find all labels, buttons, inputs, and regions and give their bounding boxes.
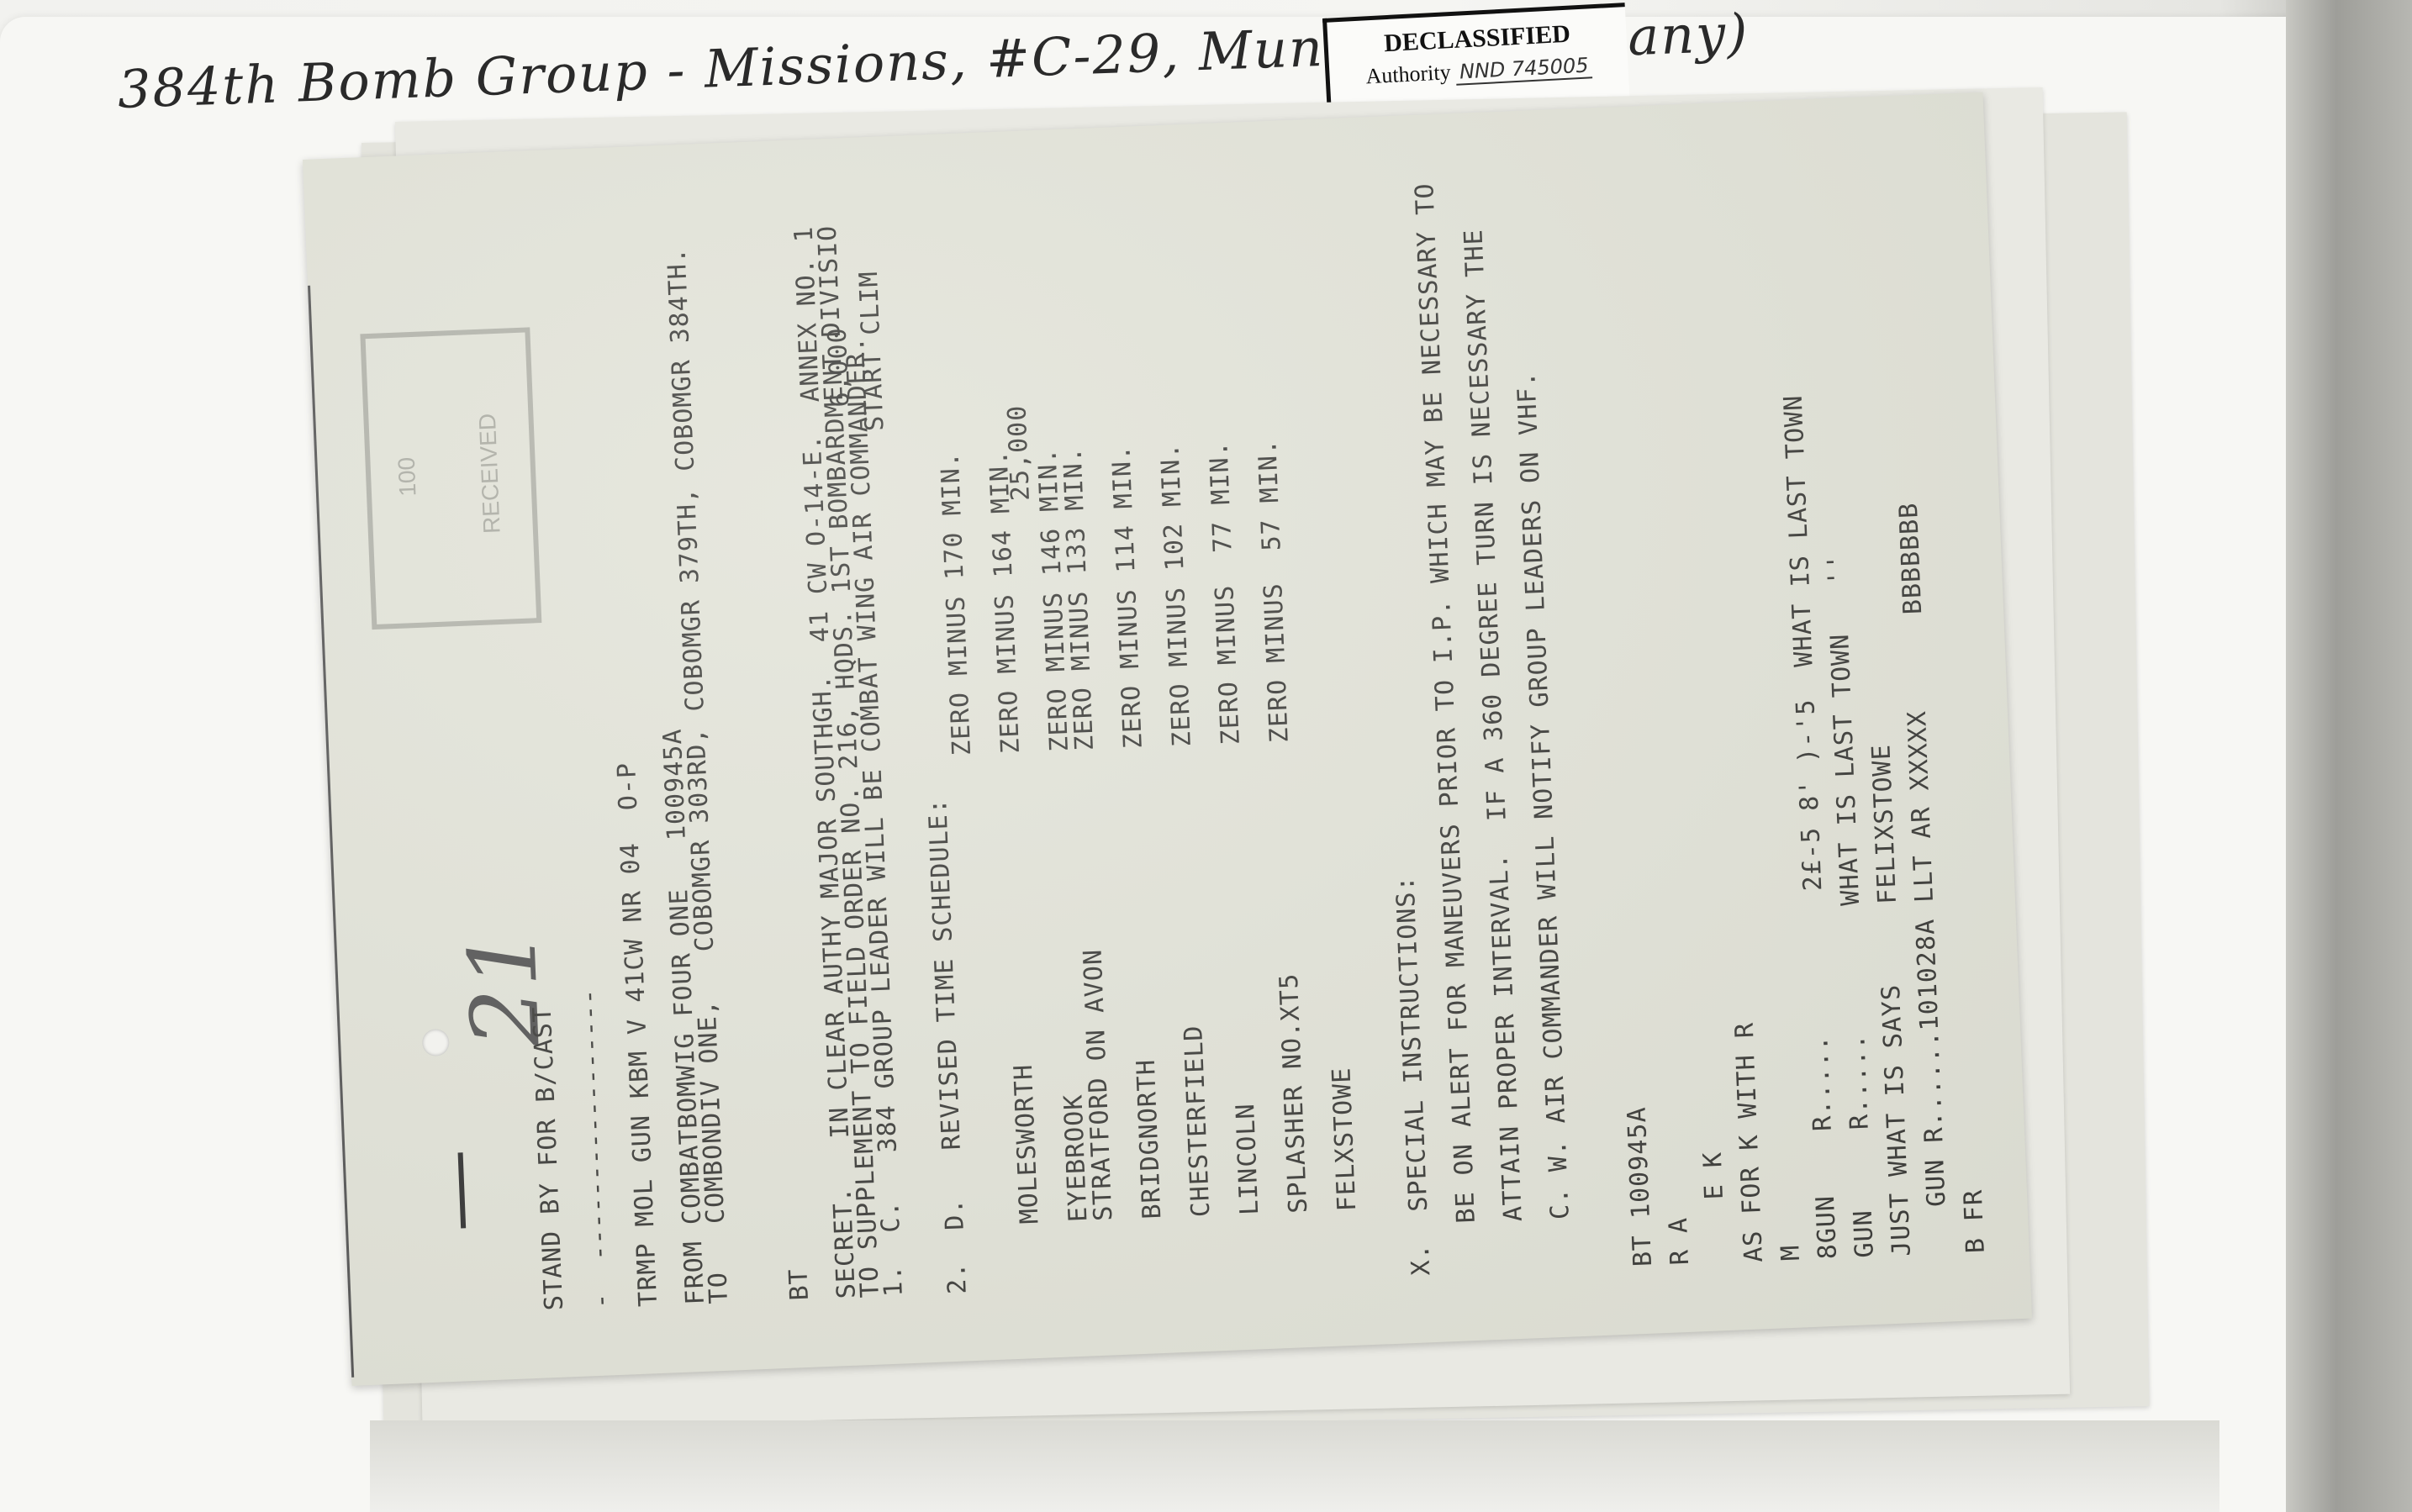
bottom-sheet-edge — [370, 1420, 2219, 1512]
background-edge — [2286, 0, 2412, 1512]
altitude-start: 6,000 — [823, 327, 856, 408]
teletype-message-sheet: 100 RECEIVED 21 STAND BY FOR B/CAST - --… — [303, 92, 2032, 1386]
authority-label: Authority — [1365, 60, 1451, 88]
authority-number: NND 745005 — [1455, 53, 1592, 85]
message-trailer: BT 100945AR A E KAS FOR K WITH RM8GUN R.… — [1586, 127, 2000, 1267]
teletype-text: STAND BY FOR B/CAST - ----------------- … — [304, 129, 1948, 1386]
altitude-end: 25,000 — [1002, 404, 1036, 502]
time-schedule: ZERO MINUS 170 MIN.MOLESWORTHZERO MINUS … — [924, 152, 1384, 1294]
